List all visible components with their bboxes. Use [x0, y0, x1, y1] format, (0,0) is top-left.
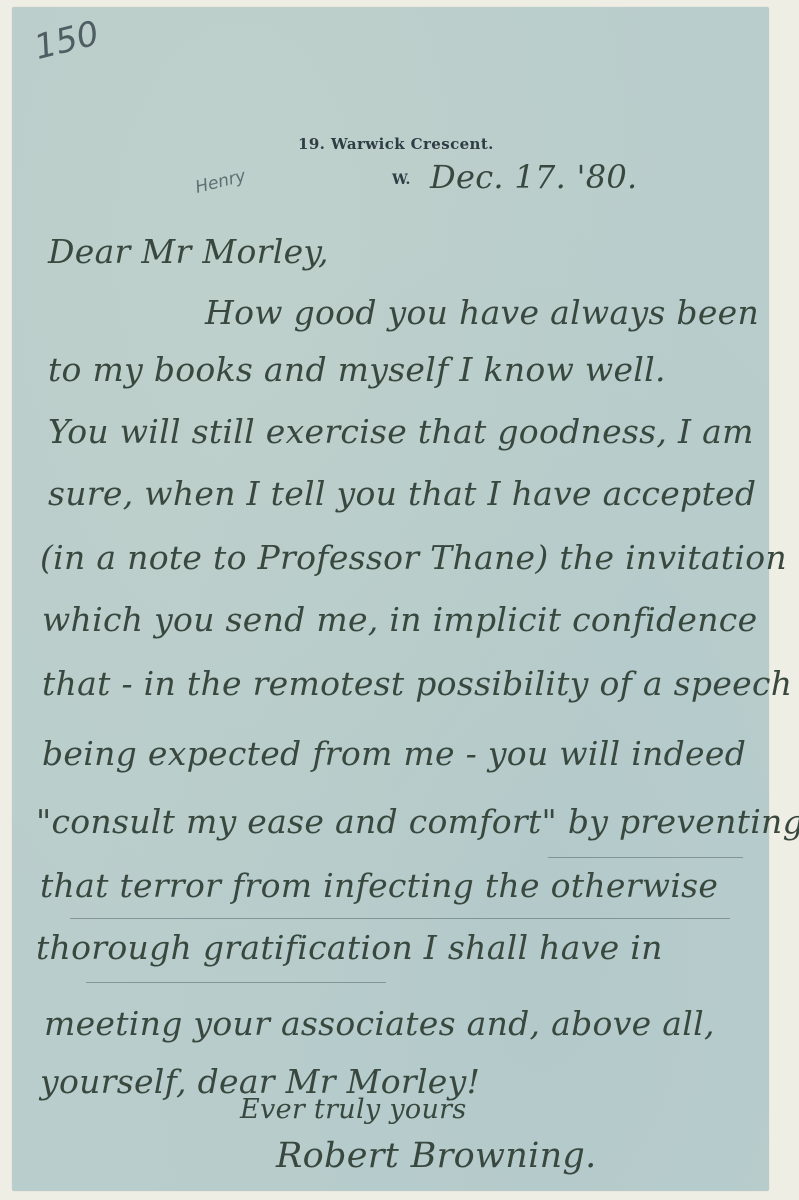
- salutation: Dear Mr Morley,: [48, 232, 329, 271]
- body-line: to my books and myself I know well.: [48, 350, 666, 389]
- body-line: How good you have always been: [205, 293, 759, 332]
- body-line: (in a note to Professor Thane) the invit…: [40, 538, 787, 577]
- letterhead-address: 19. Warwick Crescent.: [298, 135, 494, 153]
- letterhead-district: W.: [392, 172, 410, 188]
- underline-mark: [548, 857, 743, 858]
- body-line: meeting your associates and, above all,: [44, 1004, 715, 1043]
- underline-mark: [86, 982, 386, 983]
- underline-mark: [70, 918, 730, 919]
- body-line: You will still exercise that goodness, I…: [48, 412, 754, 451]
- body-line: that - in the remotest possibility of a …: [42, 664, 792, 703]
- body-line: "consult my ease and comfort" by prevent…: [36, 802, 799, 841]
- closing: Ever truly yours: [240, 1094, 467, 1125]
- body-line: that terror from infecting the otherwise: [40, 866, 718, 905]
- body-line: thorough gratification I shall have in: [36, 928, 663, 967]
- body-line: sure, when I tell you that I have accept…: [48, 474, 756, 513]
- signature: Robert Browning.: [276, 1136, 597, 1176]
- body-line: being expected from me - you will indeed: [42, 734, 746, 773]
- body-line: which you send me, in implicit confidenc…: [42, 600, 757, 639]
- letter-date: Dec. 17. '80.: [430, 158, 638, 196]
